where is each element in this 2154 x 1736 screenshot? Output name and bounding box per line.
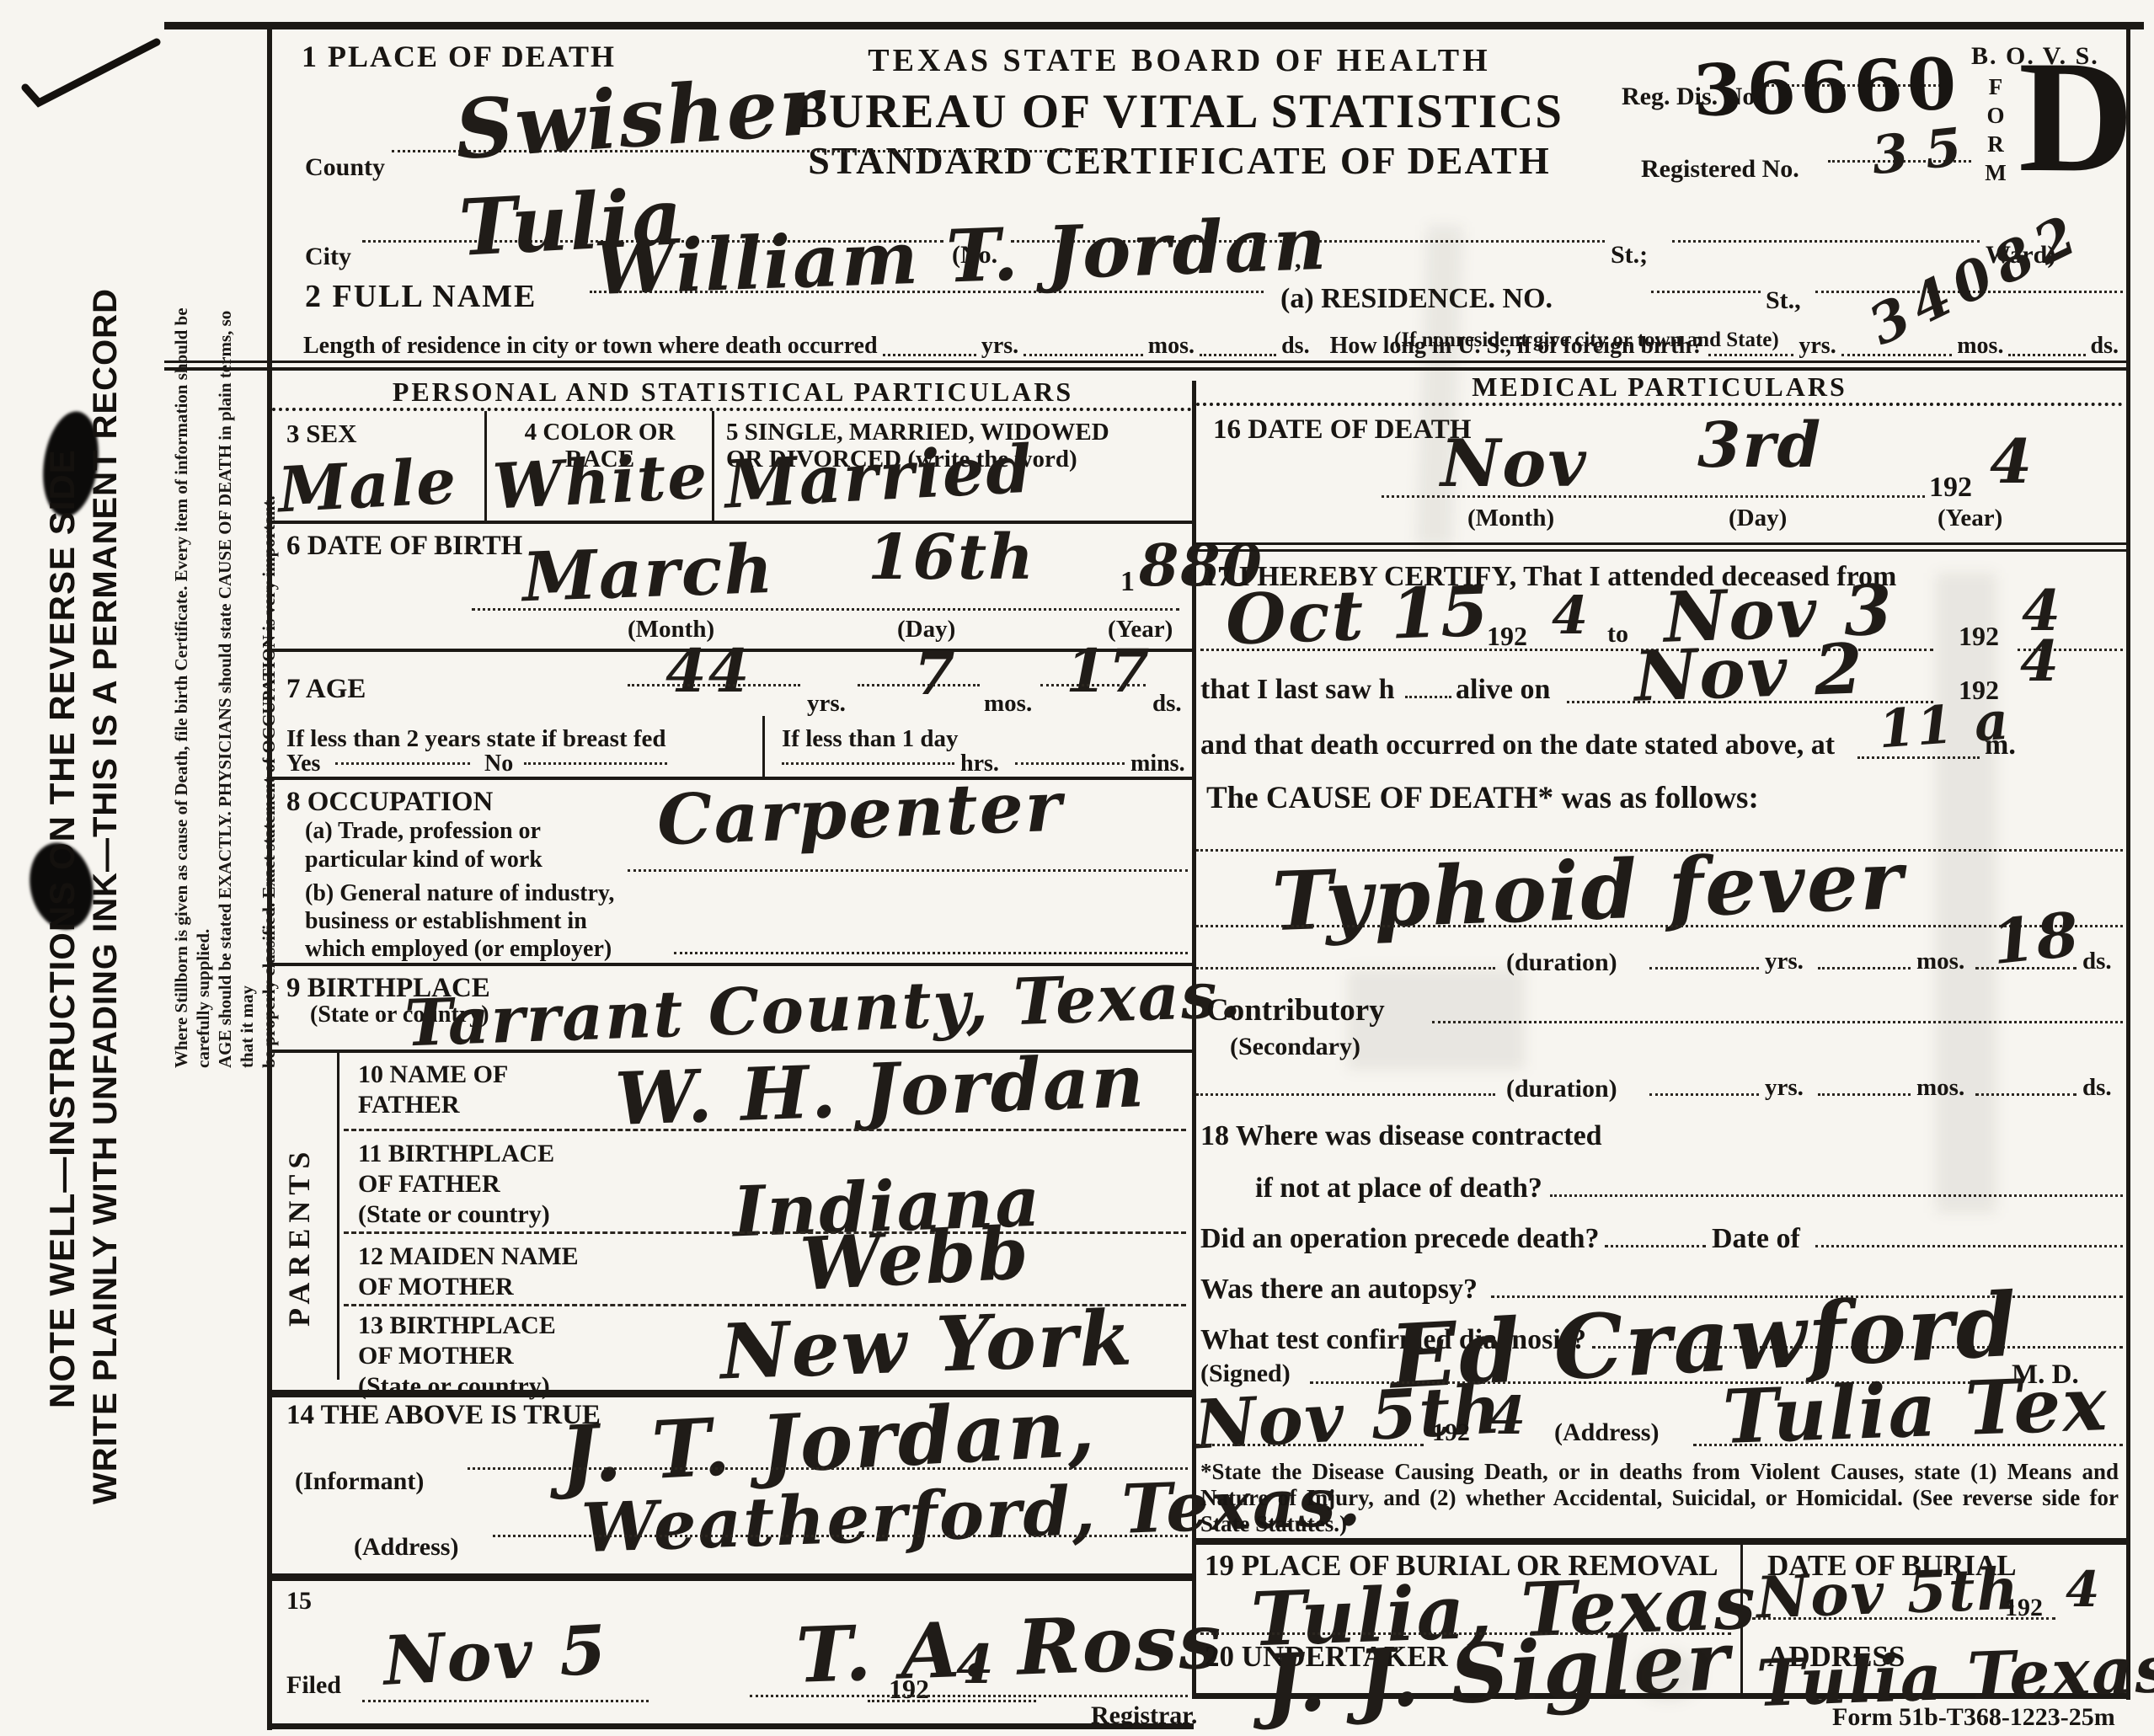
- mins-label: mins.: [1130, 751, 1185, 777]
- yrs-label: yrs.: [1799, 332, 1836, 361]
- yes-label: Yes: [286, 751, 320, 777]
- oneday-label: If less than 1 day: [782, 726, 959, 753]
- border-left: [267, 22, 272, 1730]
- place-of-death-label: 1 PLACE OF DEATH: [302, 40, 616, 74]
- registrar-signature: T. A. Ross: [795, 1603, 1225, 1694]
- street-label: St.;: [1611, 241, 1648, 269]
- residence-st-label: St.,: [1766, 286, 1801, 314]
- bureau-title: BUREAU OF VITAL STATISTICS: [792, 86, 1567, 139]
- sign-address-label: (Address): [1554, 1418, 1659, 1446]
- board-title: TEXAS STATE BOARD OF HEALTH: [792, 44, 1567, 79]
- death-month-value: Nov: [1440, 431, 1588, 497]
- ds-label: ds.: [1152, 691, 1182, 718]
- attended-from-value: Oct 15: [1225, 577, 1492, 655]
- sex-label: 3 SEX: [286, 419, 357, 448]
- personal-section-title: PERSONAL AND STATISTICAL PARTICULARS: [278, 377, 1188, 407]
- day-caption: (Day): [1729, 505, 1787, 532]
- above-is-true-label: 14 THE ABOVE IS TRUE: [286, 1400, 601, 1430]
- date-of-label: Date of: [1712, 1223, 1800, 1254]
- age-days-value: 17: [1066, 642, 1151, 701]
- parents-label: PARENTS: [283, 1074, 317, 1327]
- color-value: White: [491, 445, 710, 518]
- border-right: [2126, 22, 2130, 1700]
- bleed-through-smudge: [1348, 969, 1525, 1070]
- margin-note-reverse-side: NOTE WELL—INSTRUCTIONS ON THE REVERSE SI…: [42, 355, 83, 1408]
- occupation-a-label: (a) Trade, profession or particular kind…: [305, 817, 543, 874]
- residence-length-row: Length of residence in city or town wher…: [303, 332, 2119, 361]
- bleed-through-smudge: [1634, 1651, 1702, 1701]
- death-certificate-scan: NOTE WELL—INSTRUCTIONS ON THE REVERSE SI…: [0, 0, 2154, 1736]
- year-caption: (Year): [1938, 505, 2002, 532]
- dob-day-value: 16th: [868, 526, 1035, 589]
- occupation-b-label: (b) General nature of industry, business…: [305, 879, 614, 963]
- yrs-label: yrs.: [1765, 1075, 1804, 1102]
- death-year-printed: 192: [1929, 472, 1972, 503]
- occurred-label: and that death occurred on the date stat…: [1200, 729, 1835, 761]
- fullname-label: 2 FULL NAME: [305, 280, 537, 315]
- mos-label: mos.: [1148, 332, 1195, 361]
- county-value: Swisher: [452, 65, 826, 171]
- death-year-written: 4: [1990, 431, 2034, 492]
- no-label: No: [484, 751, 513, 777]
- cause-of-death-label: The CAUSE OF DEATH* was as follows:: [1206, 782, 1759, 816]
- header-rule-1: [164, 361, 2127, 363]
- lastsaw-label-b: alive on: [1456, 674, 1550, 705]
- filed-section-number: 15: [286, 1587, 312, 1615]
- bleed-through-smudge: [1936, 573, 1996, 1213]
- burial-year-written: 4: [2066, 1565, 2101, 1614]
- form-letter-d: D: [2018, 37, 2134, 197]
- mother-birthplace-label: 13 BIRTHPLACE OF MOTHER (State or countr…: [358, 1311, 556, 1402]
- lastsaw-year-written: 4: [2020, 633, 2060, 689]
- ds-label: ds.: [2082, 1075, 2112, 1102]
- duration-label: (duration): [1506, 1075, 1617, 1103]
- from-year-printed: 192: [1487, 622, 1527, 651]
- ds-label: ds.: [1281, 332, 1309, 361]
- sign-year-printed: 192: [1432, 1418, 1470, 1446]
- city-label: City: [305, 243, 351, 270]
- filed-label: Filed: [286, 1671, 341, 1699]
- not-at-place-label: if not at place of death?: [1255, 1172, 1542, 1204]
- yrs-label: yrs.: [807, 691, 846, 718]
- violent-causes-footnote: *State the Disease Causing Death, or in …: [1200, 1459, 2119, 1537]
- age-years-value: 44: [665, 642, 751, 701]
- dob-label: 6 DATE OF BIRTH: [286, 531, 522, 561]
- yrs-label: yrs.: [1765, 948, 1804, 975]
- dob-year-printed: 1: [1120, 566, 1135, 597]
- registration-stamp: 36660: [1692, 45, 1962, 131]
- ds-label: ds.: [2082, 948, 2112, 975]
- registered-no-value: 35: [1869, 120, 1980, 183]
- mother-maiden-label: 12 MAIDEN NAME OF MOTHER: [358, 1242, 579, 1302]
- registrar-label: Registrar.: [1091, 1701, 1197, 1729]
- informant-label: (Informant): [295, 1467, 424, 1495]
- operation-label: Did an operation precede death?: [1200, 1223, 1599, 1254]
- duration-days-value: 18: [1990, 904, 2083, 973]
- ds-label: ds.: [2091, 332, 2119, 361]
- secondary-label: (Secondary): [1230, 1033, 1360, 1060]
- checkmark-icon: [15, 30, 167, 110]
- father-name-label: 10 NAME OF FATHER: [358, 1060, 508, 1120]
- form-vertical-label: F O R M: [1981, 72, 2010, 187]
- margin-note-permanent-record: WRITE PLAINLY WITH UNFADING INK—THIS IS …: [87, 350, 125, 1504]
- marital-value: Married: [723, 436, 1034, 518]
- residence-label: (a) RESIDENCE. NO.: [1280, 283, 1553, 314]
- registered-no-label: Registered No.: [1641, 155, 1799, 183]
- sex-value: Male: [276, 450, 459, 521]
- sign-year-written: 4: [1489, 1390, 1527, 1442]
- to-label: to: [1607, 620, 1628, 648]
- certificate-title: STANDARD CERTIFICATE OF DEATH: [792, 140, 1567, 183]
- dob-month-value: March: [521, 535, 776, 611]
- length-label: Length of residence in city or town wher…: [303, 332, 878, 361]
- filed-date-value: Nov 5: [382, 1616, 609, 1695]
- occupation-a-value: Carpenter: [656, 772, 1065, 856]
- informant-address-label: (Address): [354, 1533, 458, 1561]
- death-day-value: 3rd: [1697, 414, 1822, 477]
- margin-fine-print: Where Stillborn is given as cause of Dea…: [170, 300, 280, 1068]
- from-year-written: 4: [1552, 590, 1590, 642]
- medical-section-title: MEDICAL PARTICULARS: [1205, 372, 2114, 402]
- father-birthplace-label: 11 BIRTHPLACE OF FATHER (State or countr…: [358, 1139, 554, 1230]
- sign-address-value: Tulia Tex: [1722, 1366, 2110, 1454]
- mother-birthplace-value: New York: [719, 1300, 1135, 1390]
- disease-contracted-label: 18 Where was disease contracted: [1200, 1120, 1602, 1151]
- header-rule-2: [164, 367, 2127, 371]
- mos-label: mos.: [1957, 332, 2003, 361]
- month-caption: (Month): [1467, 505, 1554, 532]
- age-label: 7 AGE: [286, 674, 366, 704]
- breastfed-label: If less than 2 years state if breast fed: [286, 726, 666, 753]
- occupation-label: 8 OCCUPATION: [286, 787, 493, 817]
- lastsaw-label-a: that I last saw h: [1200, 674, 1394, 705]
- yrs-label: yrs.: [981, 332, 1018, 361]
- border-top: [164, 22, 2144, 29]
- mother-maiden-value: Webb: [799, 1217, 1032, 1301]
- age-months-value: 7: [914, 644, 957, 703]
- mos-label: mos.: [984, 691, 1032, 718]
- form-code: Form 51b-T368-1223-25m: [1832, 1703, 2115, 1731]
- county-label: County: [305, 153, 385, 181]
- father-name-value: W. H. Jordan: [614, 1045, 1147, 1136]
- us-length-label: How long in U. S., if of foreign birth?: [1330, 332, 1704, 361]
- border-bottom-left: [267, 1723, 1194, 1729]
- title-block: TEXAS STATE BOARD OF HEALTH BUREAU OF VI…: [792, 44, 1567, 183]
- autopsy-label: Was there an autopsy?: [1200, 1274, 1478, 1305]
